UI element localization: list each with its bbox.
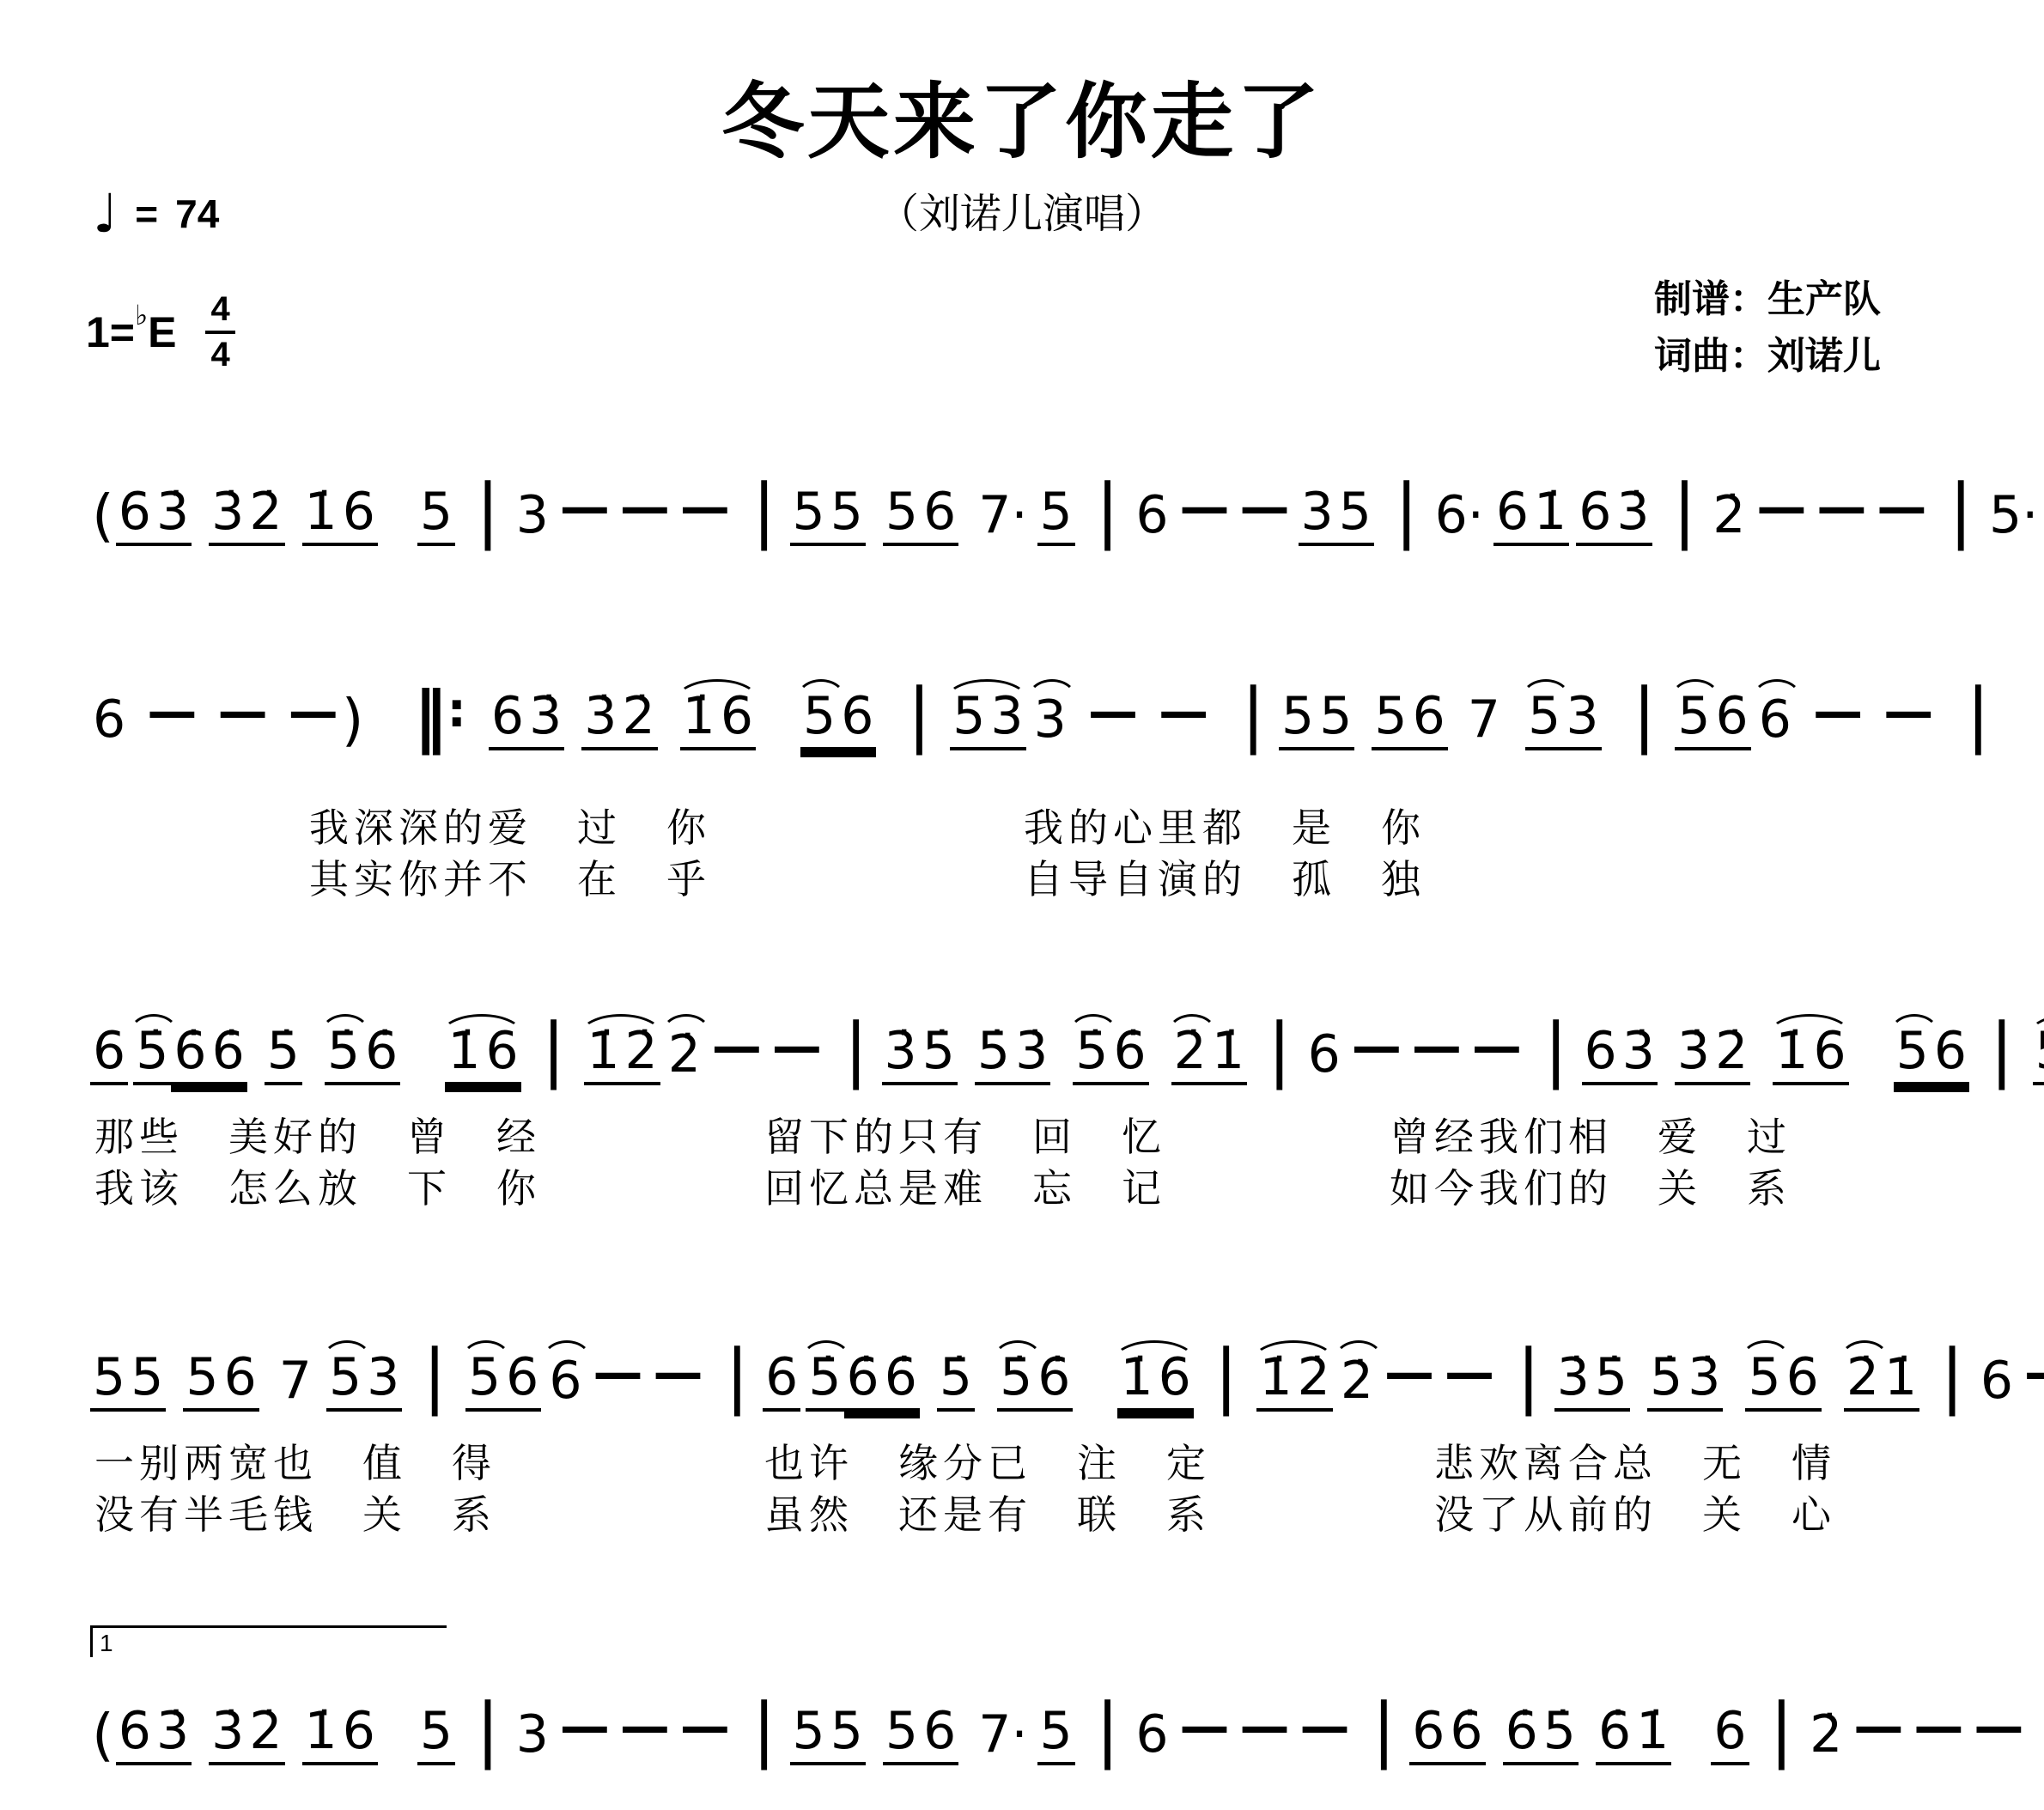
barline: | bbox=[1503, 1345, 1554, 1412]
note: 6̇ bbox=[171, 1028, 209, 1085]
note: 6 bbox=[1784, 1354, 1822, 1412]
barline: | bbox=[2032, 1698, 2044, 1765]
barline: | bbox=[739, 1698, 790, 1765]
note: 1̇ bbox=[1256, 1354, 1294, 1412]
slur-arc bbox=[1740, 1340, 1792, 1362]
duration-dash: — bbox=[1157, 682, 1210, 750]
note: 2̇ bbox=[1712, 1028, 1750, 1085]
note: 6 bbox=[116, 489, 154, 546]
note: 7 bbox=[277, 1357, 314, 1412]
note: 3̇ bbox=[882, 1028, 920, 1085]
note: 5 bbox=[883, 489, 921, 546]
slur-arc bbox=[945, 679, 1029, 701]
note: 5 bbox=[1336, 489, 1374, 546]
barline: | bbox=[1619, 683, 1670, 750]
note: 3̇ bbox=[154, 489, 192, 546]
slur-arc bbox=[2028, 1014, 2044, 1036]
lyrics-row: 没有半毛钱 关 系 虽然 还是有 联 系 没了从前的 关 心 bbox=[94, 1484, 1836, 1540]
volta-number: 1 bbox=[93, 1628, 113, 1657]
time-signature-denominator: 4 bbox=[210, 334, 229, 374]
note: 5̇ bbox=[920, 1028, 958, 1085]
barline: | bbox=[1359, 1698, 1410, 1765]
note: 6 bbox=[1409, 1708, 1447, 1765]
note: 6̇ bbox=[1503, 1708, 1541, 1765]
lyrics-row: 一别两宽也 值 得 也许 缘分已 注 定 悲欢离合总 无 情 bbox=[94, 1432, 1836, 1489]
barline: | bbox=[1254, 1018, 1305, 1085]
slur-arc bbox=[992, 1340, 1043, 1362]
duration-dash: — bbox=[1086, 682, 1140, 750]
slur-arc bbox=[319, 1014, 371, 1036]
barline: | bbox=[1926, 1345, 1978, 1412]
duration-dash: — bbox=[2023, 1343, 2044, 1412]
parenthesis: ( bbox=[90, 1710, 116, 1765]
lyrics-row: 那些 美好的 曾 经 留下的只有 回 忆 曾经我们相 爱 过 bbox=[94, 1106, 1792, 1163]
credit-composer: 词曲：刘诺儿 bbox=[1654, 328, 1881, 385]
duration-dash: — bbox=[558, 1697, 611, 1765]
note: 5̇ bbox=[325, 1028, 362, 1085]
note: 5 bbox=[2033, 1028, 2044, 1085]
note: 3̇ bbox=[209, 1708, 246, 1765]
note: 6 bbox=[1756, 696, 1794, 750]
note: 5 bbox=[183, 1354, 221, 1412]
sheet-music-page: 冬天来了你走了 （刘诺儿演唱） ♩ = 74 1= ♭ E 4 4 制谱：生产队… bbox=[0, 0, 2044, 1810]
note: 6̇ bbox=[1447, 1708, 1485, 1765]
note: 6 bbox=[1133, 1711, 1171, 1765]
volta-bracket: 1 bbox=[90, 1625, 447, 1657]
barline: | bbox=[1659, 479, 1711, 546]
tempo-equals: = bbox=[135, 191, 158, 237]
slur-arc bbox=[795, 679, 847, 701]
note: 5 bbox=[790, 489, 828, 546]
time-signature: 4 4 bbox=[205, 290, 234, 374]
note: 6 bbox=[1156, 1354, 1194, 1412]
note: 5̇ bbox=[997, 1354, 1035, 1412]
slur-arc bbox=[460, 1340, 512, 1362]
slur-arc bbox=[321, 1340, 373, 1362]
tempo-marking: ♩ = 74 bbox=[93, 182, 219, 245]
note: 5̇ bbox=[806, 1354, 843, 1412]
barline: | bbox=[1756, 1698, 1808, 1765]
time-signature-numerator: 4 bbox=[205, 290, 234, 334]
lyrics-row: 我深深的爱 过 你 我的心里都 是 你 bbox=[309, 797, 1426, 853]
note: 6 bbox=[1711, 1708, 1749, 1765]
note: 2̇ bbox=[1844, 1354, 1882, 1412]
note: 7· bbox=[976, 492, 1030, 546]
lyrics-row: 其实你并不 在 乎 自导自演的 孤 独 bbox=[309, 848, 1426, 905]
note: 1̇ bbox=[302, 489, 340, 546]
note: 5 bbox=[1745, 1354, 1783, 1412]
note: 5̇ bbox=[937, 1354, 975, 1412]
duration-dash: — bbox=[618, 477, 672, 546]
duration-dash: — bbox=[1470, 1017, 1524, 1085]
slur-arc bbox=[1889, 1014, 1940, 1036]
note: 6 bbox=[921, 1708, 958, 1765]
note: 3̇ bbox=[154, 1708, 192, 1765]
duration-dash: — bbox=[1299, 1697, 1352, 1765]
slur-arc bbox=[1333, 1340, 1384, 1362]
note: 6 bbox=[1493, 489, 1531, 546]
slur-arc bbox=[1670, 679, 1721, 701]
barline: | bbox=[830, 1018, 882, 1085]
duration-dash: — bbox=[1178, 1697, 1232, 1765]
barline: | bbox=[528, 1018, 580, 1085]
note: 6̇ bbox=[882, 1354, 920, 1412]
note: 6 bbox=[1133, 492, 1171, 546]
note: 7· bbox=[976, 1711, 1030, 1765]
note: 2̇ bbox=[619, 693, 657, 750]
flat-icon: ♭ bbox=[135, 299, 148, 331]
note: 5 bbox=[1037, 1708, 1075, 1765]
barline: | bbox=[1952, 683, 2004, 750]
note: 1̇ bbox=[1882, 1354, 1919, 1412]
score-line-intro: (63̇3̇2̇1̇65|3———|55567·5|6——35|6·61̇63̇… bbox=[90, 445, 2004, 546]
note: 3 bbox=[514, 492, 551, 546]
duration-dash: — bbox=[1178, 477, 1232, 546]
barline: | bbox=[1935, 479, 1986, 546]
note: 5· bbox=[1986, 492, 2041, 546]
barline: | bbox=[462, 479, 514, 546]
duration-dash: — bbox=[1410, 1017, 1463, 1085]
duration-dash: — bbox=[1755, 477, 1808, 546]
note: 5 bbox=[417, 489, 455, 546]
duration-dash: — bbox=[1815, 477, 1868, 546]
note: 3 bbox=[514, 1711, 551, 1765]
slur-arc bbox=[128, 1014, 179, 1036]
note: 5 bbox=[790, 1708, 828, 1765]
slur-arc bbox=[1751, 679, 1803, 701]
note: 5 bbox=[1317, 693, 1354, 750]
slur-arc bbox=[660, 1014, 712, 1036]
note: 3 bbox=[1031, 696, 1069, 750]
note: 3̇ bbox=[1685, 1354, 1723, 1412]
note: 1̇ bbox=[1531, 489, 1569, 546]
note: 6 bbox=[1576, 489, 1614, 546]
note: 6 bbox=[340, 489, 378, 546]
duration-dash: — bbox=[216, 682, 270, 750]
note: 3̇ bbox=[1013, 1028, 1050, 1085]
note: 6 bbox=[503, 1354, 541, 1412]
duration-dash: — bbox=[1875, 477, 1928, 546]
note: 6 bbox=[546, 1357, 584, 1412]
duration-dash: — bbox=[678, 477, 732, 546]
note: 6 bbox=[1978, 1357, 2016, 1412]
note: 6 bbox=[718, 693, 756, 750]
barline: | bbox=[409, 1345, 460, 1412]
note: 6 bbox=[1410, 693, 1448, 750]
note: 2̇ bbox=[1295, 1354, 1333, 1412]
note: 2̇ bbox=[246, 489, 284, 546]
slur-arc bbox=[1026, 679, 1078, 701]
note: 5 bbox=[828, 489, 866, 546]
credit-arranger: 制谱：生产队 bbox=[1654, 271, 1881, 328]
key-signature: 1= ♭ E 4 4 bbox=[86, 290, 235, 374]
note: 3 bbox=[364, 1354, 402, 1412]
duration-dash: — bbox=[652, 1343, 705, 1412]
duration-dash: — bbox=[1852, 1697, 1905, 1765]
note: 5 bbox=[1279, 693, 1317, 750]
lyrics-row: 我该 怎么放 下 你 回忆总是难 忘 记 如今我们的 关 系 bbox=[94, 1157, 1792, 1214]
key-prefix: 1= bbox=[86, 307, 135, 357]
note: 5 bbox=[326, 1354, 364, 1412]
note: 6̇ bbox=[844, 1354, 882, 1412]
duration-dash: — bbox=[287, 682, 340, 750]
duration-dash: — bbox=[1350, 1017, 1403, 1085]
duration-dash: — bbox=[558, 477, 611, 546]
note: 5̇ bbox=[1073, 1028, 1110, 1085]
note: 7 bbox=[1465, 696, 1503, 750]
note: 2̇ bbox=[666, 1031, 703, 1085]
note: 5 bbox=[1675, 693, 1712, 750]
score-line-verse-a: 6———)‖:63̇3̇2̇1̇656|533——|5556753|566——| bbox=[90, 649, 2004, 750]
note: 6̇ bbox=[362, 1028, 400, 1085]
slur-arc bbox=[1520, 679, 1572, 701]
note: 5̇ bbox=[1541, 1708, 1579, 1765]
score-line-verse-b: 65̇6̇6̇5̇5̇6̇1̇6|1̇2̇2̇——|3̇5̇5̇3̇5̇6̇2̇… bbox=[90, 984, 2004, 1085]
note: 2̇ bbox=[623, 1028, 660, 1085]
note: 6 bbox=[1582, 1028, 1620, 1085]
note: 6 bbox=[222, 1354, 259, 1412]
note: 3̇ bbox=[1614, 489, 1652, 546]
note: 1̇ bbox=[1209, 1028, 1247, 1085]
score-line-ending: (63̇3̇2̇1̇65|3———|55567·5|6———|66̇6̇5̇6̇… bbox=[90, 1664, 2004, 1765]
barline: | bbox=[1082, 1698, 1134, 1765]
duration-dash: — bbox=[1238, 1697, 1292, 1765]
note: 5̇ bbox=[1647, 1354, 1685, 1412]
note: 3 bbox=[1563, 693, 1601, 750]
note: 6 bbox=[1810, 1028, 1848, 1085]
note: 6 bbox=[1713, 693, 1751, 750]
duration-dash: — bbox=[1912, 1697, 1965, 1765]
barline: | bbox=[1381, 479, 1433, 546]
barline: | bbox=[1082, 479, 1134, 546]
quarter-note-icon: ♩ bbox=[93, 182, 118, 245]
note: 6̇ bbox=[210, 1028, 247, 1085]
note: 6 bbox=[489, 693, 526, 750]
slur-arc bbox=[1166, 1014, 1218, 1036]
note: 1̇ bbox=[680, 693, 718, 750]
barline: | bbox=[1976, 1018, 2028, 1085]
note: 3̇ bbox=[1554, 1354, 1592, 1412]
duration-dash: — bbox=[770, 1017, 824, 1085]
note: 5 bbox=[883, 1708, 921, 1765]
note: 2̇ bbox=[1338, 1357, 1376, 1412]
note: 6· bbox=[1433, 492, 1487, 546]
note: 3̇ bbox=[1620, 1028, 1658, 1085]
note: 6 bbox=[1931, 1028, 1969, 1085]
duration-dash: — bbox=[1972, 1697, 2025, 1765]
note: 2̇ bbox=[246, 1708, 284, 1765]
note: 1̇ bbox=[584, 1028, 622, 1085]
barline: | bbox=[712, 1345, 763, 1412]
parenthesis: ( bbox=[90, 490, 116, 546]
key-tonic: E bbox=[148, 307, 176, 357]
page-title: 冬天来了你走了 bbox=[0, 57, 2044, 174]
slur-arc bbox=[1112, 1340, 1196, 1362]
note: 1̇ bbox=[1633, 1708, 1671, 1765]
duration-dash: — bbox=[1238, 477, 1292, 546]
barline: | bbox=[462, 1698, 514, 1765]
note: 1̇ bbox=[445, 1028, 483, 1085]
slur-arc bbox=[675, 679, 759, 701]
slur-arc bbox=[579, 1014, 663, 1036]
note: 5̇ bbox=[133, 1028, 171, 1085]
note: 6 bbox=[921, 489, 958, 546]
duration-dash: — bbox=[1383, 1343, 1436, 1412]
parenthesis: ) bbox=[340, 695, 366, 750]
note: 6 bbox=[116, 1708, 154, 1765]
note: 3̇ bbox=[209, 489, 246, 546]
note: 5 bbox=[950, 693, 988, 750]
note: 6 bbox=[1305, 1031, 1343, 1085]
note: 3̇ bbox=[1675, 1028, 1712, 1085]
note: 5̇ bbox=[975, 1028, 1013, 1085]
slur-arc bbox=[800, 1340, 852, 1362]
duration-dash: — bbox=[678, 1697, 732, 1765]
duration-dash: — bbox=[710, 1017, 763, 1085]
note: 5̇ bbox=[265, 1028, 302, 1085]
note: 5 bbox=[465, 1354, 503, 1412]
duration-dash: — bbox=[592, 1343, 645, 1412]
note: 5 bbox=[128, 1354, 166, 1412]
note: 5 bbox=[828, 1708, 866, 1765]
slur-arc bbox=[541, 1340, 593, 1362]
note: 3̇ bbox=[526, 693, 564, 750]
note: 3̇ bbox=[581, 693, 619, 750]
credits: 制谱：生产队 词曲：刘诺儿 bbox=[1654, 271, 1881, 385]
note: 6 bbox=[838, 693, 876, 750]
slur-arc bbox=[1839, 1340, 1890, 1362]
note: 5 bbox=[1372, 693, 1409, 750]
note: 2̇ bbox=[1171, 1028, 1209, 1085]
note: 5 bbox=[1894, 1028, 1931, 1085]
slur-arc bbox=[1068, 1014, 1119, 1036]
tempo-bpm: 74 bbox=[175, 191, 219, 237]
repeat-sign: : bbox=[447, 683, 466, 738]
note: 5 bbox=[417, 1708, 455, 1765]
barline: | bbox=[1201, 1345, 1252, 1412]
note: 3 bbox=[1299, 489, 1336, 546]
note: 1̇ bbox=[302, 1708, 340, 1765]
slur-arc bbox=[440, 1014, 524, 1036]
note: 2̇ bbox=[1710, 492, 1748, 546]
note: 5 bbox=[1037, 489, 1075, 546]
duration-dash: — bbox=[618, 1697, 672, 1765]
note: 6̇ bbox=[1110, 1028, 1148, 1085]
slur-arc bbox=[1767, 1014, 1852, 1036]
note: 6̇ bbox=[1596, 1708, 1633, 1765]
barline: | bbox=[894, 683, 946, 750]
note: 6 bbox=[340, 1708, 378, 1765]
note: 5 bbox=[800, 693, 838, 750]
duration-dash: — bbox=[1443, 1343, 1496, 1412]
note: 5 bbox=[90, 1354, 128, 1412]
note: 5̇ bbox=[1592, 1354, 1630, 1412]
score-line-verse-c: 5556753|566——|65̇6̇6̇5̇5̇6̇1̇6|1̇2̇2̇——|… bbox=[90, 1310, 2004, 1412]
note: 5 bbox=[1525, 693, 1563, 750]
duration-dash: — bbox=[1811, 682, 1865, 750]
note: 6 bbox=[90, 1028, 128, 1085]
duration-dash: — bbox=[145, 682, 198, 750]
repeat-sign: ‖ bbox=[405, 687, 447, 750]
note: 2̇ bbox=[1807, 1711, 1845, 1765]
performer-subtitle: （刘诺儿演唱） bbox=[0, 180, 2044, 240]
note: 6 bbox=[484, 1028, 521, 1085]
note: 1̇ bbox=[1773, 1028, 1810, 1085]
barline: | bbox=[739, 479, 790, 546]
note: 6 bbox=[763, 1354, 800, 1412]
note: 6 bbox=[90, 696, 128, 750]
note: 3 bbox=[988, 693, 1025, 750]
barline: | bbox=[1530, 1018, 1582, 1085]
note: 6̇ bbox=[1035, 1354, 1073, 1412]
note: 1̇ bbox=[1117, 1354, 1155, 1412]
barline: | bbox=[1227, 683, 1279, 750]
duration-dash: — bbox=[1882, 682, 1935, 750]
slur-arc bbox=[1251, 1340, 1335, 1362]
